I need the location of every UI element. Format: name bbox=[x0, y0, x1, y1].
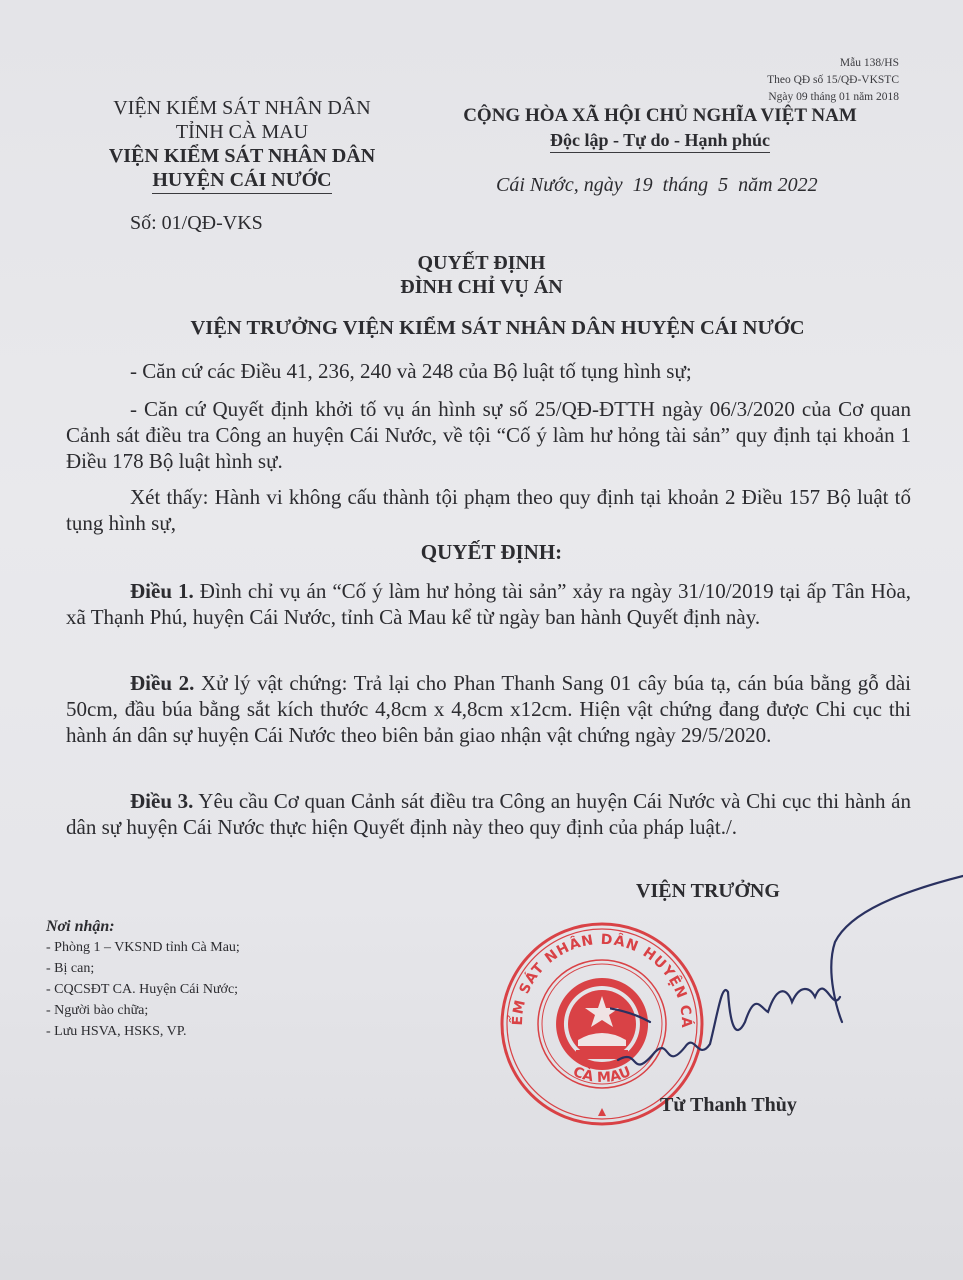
article-3-label: Điều 3. bbox=[130, 789, 193, 813]
place-and-date: Cái Nước, ngày 19 tháng 5 năm 2022 bbox=[496, 174, 818, 197]
recipient-item: - CQCSĐT CA. Huyện Cái Nước; bbox=[46, 979, 240, 1000]
signature-icon bbox=[610, 872, 963, 1072]
recipients-heading: Nơi nhận: bbox=[46, 916, 240, 937]
ground-2: - Căn cứ Quyết định khởi tố vụ án hình s… bbox=[66, 396, 911, 474]
document-type: QUYẾT ĐỊNH bbox=[0, 252, 963, 275]
document-number: Số: 01/QĐ-VKS bbox=[130, 212, 263, 235]
parent-body-line2: TỈNH CÀ MAU bbox=[62, 120, 422, 144]
issuing-body-line1: VIỆN KIỂM SÁT NHÂN DÂN bbox=[62, 144, 422, 168]
signer-name: Từ Thanh Thùy bbox=[660, 1094, 797, 1117]
recipient-item: - Bị can; bbox=[46, 958, 240, 979]
consideration: Xét thấy: Hành vi không cấu thành tội ph… bbox=[66, 484, 911, 536]
recipient-item: - Người bào chữa; bbox=[46, 1000, 240, 1021]
article-3-text: Yêu cầu Cơ quan Cảnh sát điều tra Công a… bbox=[66, 789, 911, 839]
document-subject: ĐÌNH CHỈ VỤ ÁN bbox=[0, 276, 963, 299]
article-2-label: Điều 2. bbox=[130, 671, 194, 695]
article-1: Điều 1. Đình chỉ vụ án “Cố ý làm hư hỏng… bbox=[66, 578, 911, 630]
recipient-item: - Phòng 1 – VKSND tỉnh Cà Mau; bbox=[46, 937, 240, 958]
national-motto: Độc lập - Tự do - Hạnh phúc bbox=[550, 128, 770, 153]
national-header: CỘNG HÒA XÃ HỘI CHỦ NGHĨA VIỆT NAM Độc l… bbox=[425, 104, 895, 153]
article-3: Điều 3. Yêu cầu Cơ quan Cảnh sát điều tr… bbox=[66, 788, 911, 840]
recipients-block: Nơi nhận: - Phòng 1 – VKSND tỉnh Cà Mau;… bbox=[46, 916, 240, 1042]
country-name: CỘNG HÒA XÃ HỘI CHỦ NGHĨA VIỆT NAM bbox=[425, 104, 895, 128]
parent-body-line1: VIỆN KIỂM SÁT NHÂN DÂN bbox=[62, 96, 422, 120]
issuer-title: VIỆN TRƯỞNG VIỆN KIỂM SÁT NHÂN DÂN HUYỆN… bbox=[0, 317, 963, 340]
form-ref-line1: Mẫu 138/HS bbox=[767, 55, 899, 72]
recipient-item: - Lưu HSVA, HSKS, VP. bbox=[46, 1021, 240, 1042]
ground-1: - Căn cứ các Điều 41, 236, 240 và 248 củ… bbox=[66, 358, 911, 384]
article-2: Điều 2. Xử lý vật chứng: Trả lại cho Pha… bbox=[66, 670, 911, 748]
issuing-body-line2: HUYỆN CÁI NƯỚC bbox=[152, 168, 331, 194]
decision-heading: QUYẾT ĐỊNH: bbox=[0, 540, 963, 565]
article-1-label: Điều 1. bbox=[130, 579, 194, 603]
form-reference: Mẫu 138/HS Theo QĐ số 15/QĐ-VKSTC Ngày 0… bbox=[767, 55, 899, 106]
form-ref-line2: Theo QĐ số 15/QĐ-VKSTC bbox=[767, 72, 899, 89]
issuing-body-header: VIỆN KIỂM SÁT NHÂN DÂN TỈNH CÀ MAU VIỆN … bbox=[62, 96, 422, 194]
